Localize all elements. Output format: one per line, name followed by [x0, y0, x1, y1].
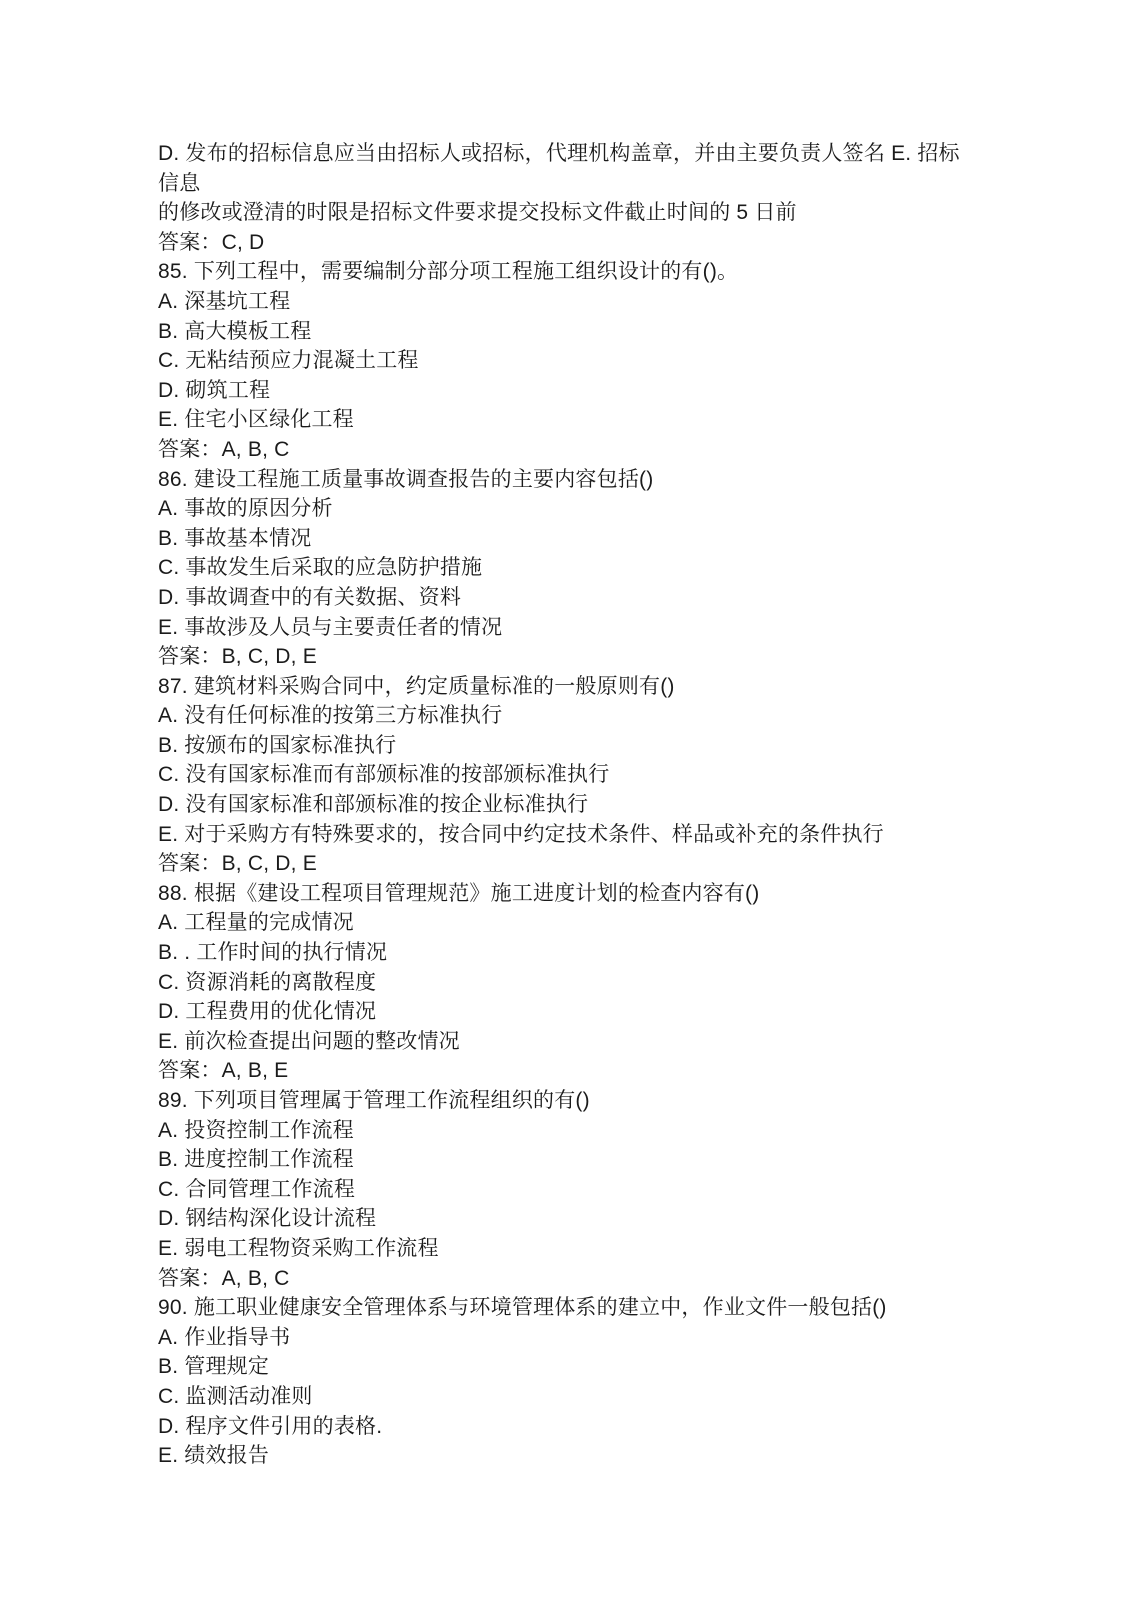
- question-stem: 89. 下列项目管理属于管理工作流程组织的有(): [158, 1086, 970, 1116]
- option-line: A. 工程量的完成情况: [158, 908, 970, 938]
- option-line: D. 发布的招标信息应当由招标人或招标，代理机构盖章，并由主要负责人签名 E. …: [158, 139, 970, 198]
- document-page: D. 发布的招标信息应当由招标人或招标，代理机构盖章，并由主要负责人签名 E. …: [0, 0, 1131, 1600]
- option-line: A. 作业指导书: [158, 1323, 970, 1353]
- answer-line: 答案：A, B, C: [158, 435, 970, 465]
- option-line: D. 砌筑工程: [158, 376, 970, 406]
- question-stem: 90. 施工职业健康安全管理体系与环境管理体系的建立中，作业文件一般包括(): [158, 1293, 970, 1323]
- question-stem: 86. 建设工程施工质量事故调查报告的主要内容包括(): [158, 465, 970, 495]
- option-line: A. 没有任何标准的按第三方标准执行: [158, 701, 970, 731]
- question-stem: 85. 下列工程中，需要编制分部分项工程施工组织设计的有()。: [158, 257, 970, 287]
- answer-line: 答案：A, B, E: [158, 1056, 970, 1086]
- option-line: B. 管理规定: [158, 1352, 970, 1382]
- document-body: D. 发布的招标信息应当由招标人或招标，代理机构盖章，并由主要负责人签名 E. …: [158, 139, 970, 1471]
- option-line: A. 深基坑工程: [158, 287, 970, 317]
- option-line: D. 事故调查中的有关数据、资料: [158, 583, 970, 613]
- question-stem: 87. 建筑材料采购合同中，约定质量标准的一般原则有(): [158, 672, 970, 702]
- option-line: C. 合同管理工作流程: [158, 1175, 970, 1205]
- option-line: A. 事故的原因分析: [158, 494, 970, 524]
- option-line: E. 绩效报告: [158, 1441, 970, 1471]
- option-line: D. 没有国家标准和部颁标准的按企业标准执行: [158, 790, 970, 820]
- option-line: C. 事故发生后采取的应急防护措施: [158, 553, 970, 583]
- option-line: D. 工程费用的优化情况: [158, 997, 970, 1027]
- option-line: B. 按颁布的国家标准执行: [158, 731, 970, 761]
- option-line: D. 程序文件引用的表格.: [158, 1412, 970, 1442]
- option-line: B. 进度控制工作流程: [158, 1145, 970, 1175]
- option-line: A. 投资控制工作流程: [158, 1116, 970, 1146]
- answer-line: 答案：B, C, D, E: [158, 642, 970, 672]
- option-line: C. 监测活动准则: [158, 1382, 970, 1412]
- option-line: E. 对于采购方有特殊要求的，按合同中约定技术条件、样品或补充的条件执行: [158, 820, 970, 850]
- answer-line: 答案：A, B, C: [158, 1264, 970, 1294]
- option-line: B. 事故基本情况: [158, 524, 970, 554]
- answer-line: 答案：B, C, D, E: [158, 849, 970, 879]
- option-line: E. 弱电工程物资采购工作流程: [158, 1234, 970, 1264]
- option-line: B. . 工作时间的执行情况: [158, 938, 970, 968]
- option-line: C. 没有国家标准而有部颁标准的按部颁标准执行: [158, 760, 970, 790]
- option-line: B. 高大模板工程: [158, 317, 970, 347]
- option-line: C. 资源消耗的离散程度: [158, 968, 970, 998]
- option-line: E. 住宅小区绿化工程: [158, 405, 970, 435]
- option-line: D. 钢结构深化设计流程: [158, 1204, 970, 1234]
- answer-line: 答案：C, D: [158, 228, 970, 258]
- option-line: C. 无粘结预应力混凝土工程: [158, 346, 970, 376]
- question-stem: 88. 根据《建设工程项目管理规范》施工进度计划的检查内容有(): [158, 879, 970, 909]
- option-line: E. 事故涉及人员与主要责任者的情况: [158, 613, 970, 643]
- option-line: E. 前次检查提出问题的整改情况: [158, 1027, 970, 1057]
- option-line: 的修改或澄清的时限是招标文件要求提交投标文件截止时间的 5 日前: [158, 198, 970, 228]
